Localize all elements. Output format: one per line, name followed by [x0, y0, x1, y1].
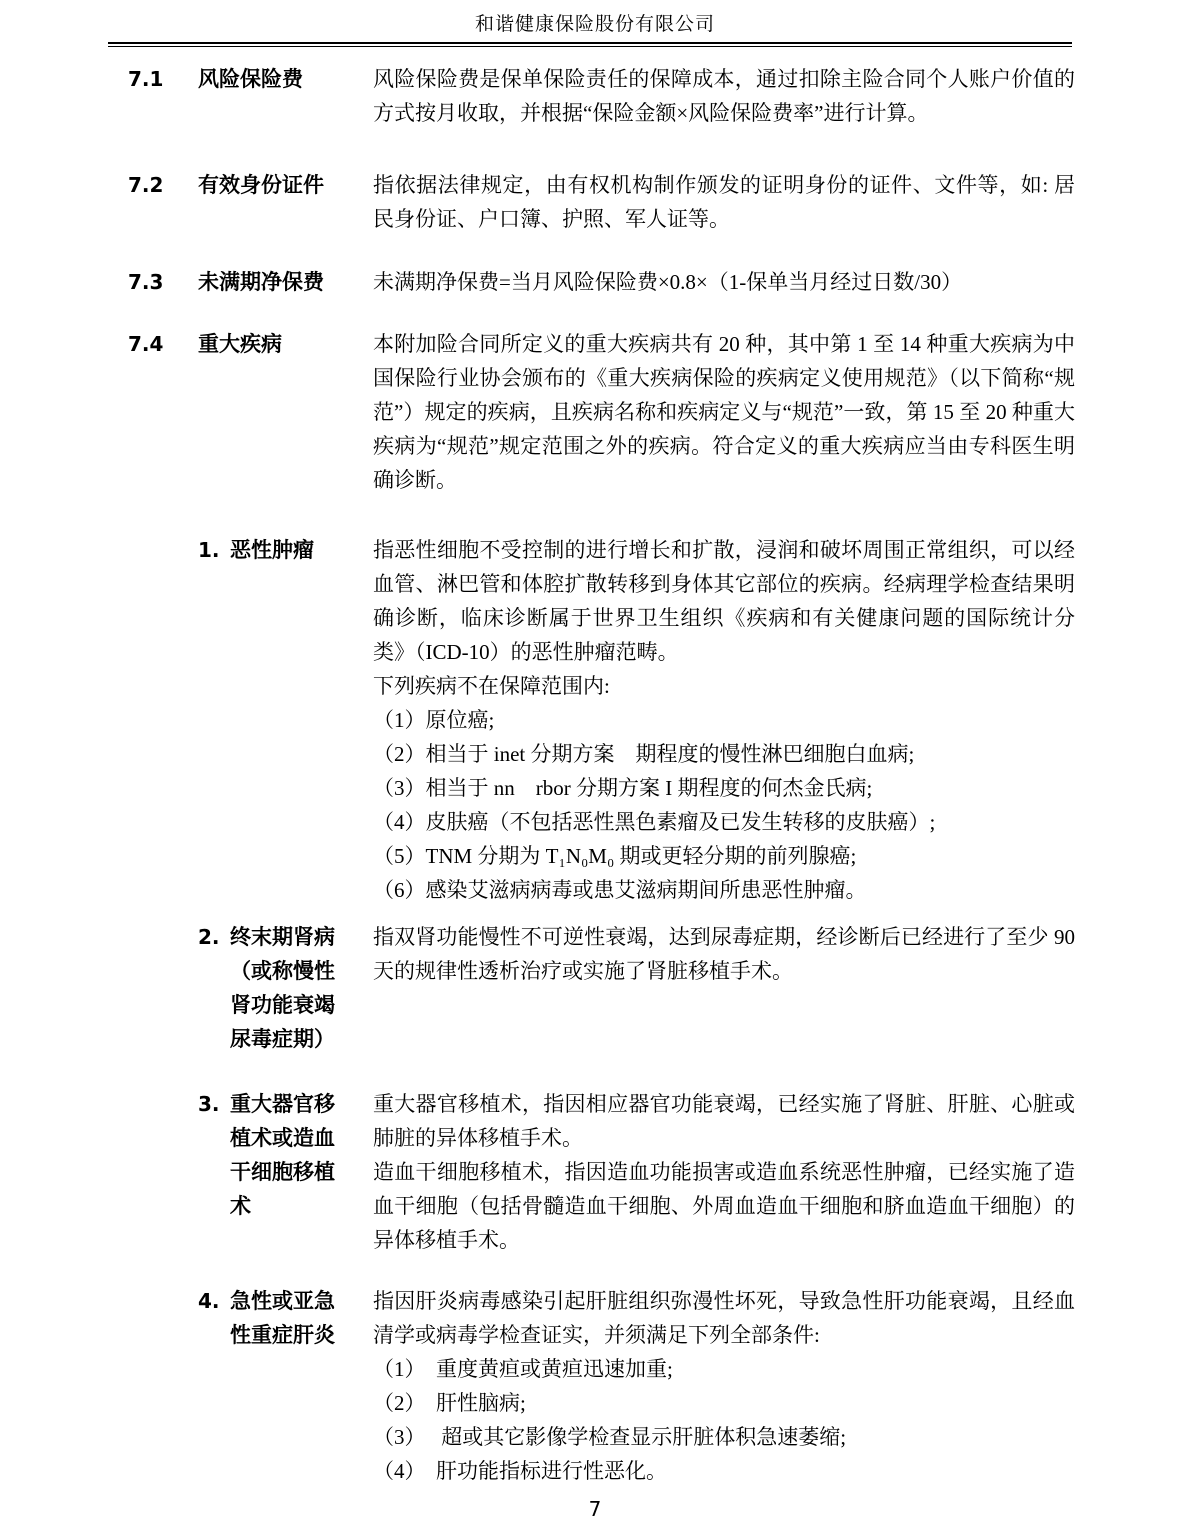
exclusion-list-item: （5）TNM 分期为 T₁N₀M₀ 期或更轻分期的前列腺癌;	[373, 839, 1075, 873]
section-term: 重大疾病	[198, 327, 373, 361]
definition-paragraph: 指因肝炎病毒感染引起肝脏组织弥漫性坏死，导致急性肝功能衰竭，且经血清学或病毒学检…	[373, 1284, 1075, 1352]
page-header: 和谐健康保险股份有限公司	[0, 0, 1190, 47]
condition-list-item: （1） 重度黄疸或黄疸迅速加重;	[373, 1352, 1075, 1386]
subsection-4-acute-severe-hepatitis: 4. 急性或亚急 性重症肝炎 指因肝炎病毒感染引起肝脏组织弥漫性坏死，导致急性肝…	[128, 1284, 1190, 1488]
subsection-3-major-organ-transplant: 3. 重大器官移 植术或造血 干细胞移植 术 重大器官移植术，指因相应器官功能衰…	[128, 1087, 1190, 1257]
definition-paragraph: 下列疾病不在保障范围内:	[373, 669, 1075, 703]
exclusion-list-item: （6）感染艾滋病病毒或患艾滋病期间所患恶性肿瘤。	[373, 873, 1075, 907]
subsection-definition: 指双肾功能慢性不可逆性衰竭，达到尿毒症期，经诊断后已经进行了至少 90 天的规律…	[373, 920, 1075, 988]
section-7-2: 7.2 有效身份证件 指依据法律规定，由有权机构制作颁发的证明身份的证件、文件等…	[128, 168, 1190, 236]
page-footer: 7	[0, 1497, 1190, 1521]
definition-paragraph: 指依据法律规定，由有权机构制作颁发的证明身份的证件、文件等，如: 居民身份证、户…	[373, 168, 1075, 236]
definition-paragraph: 指恶性细胞不受控制的进行增长和扩散，浸润和破坏周围正常组织，可以经血管、淋巴管和…	[373, 533, 1075, 669]
definition-paragraph: 重大器官移植术，指因相应器官功能衰竭，已经实施了肾脏、肝脏、心脏或肺脏的异体移植…	[373, 1087, 1075, 1155]
subsection-number: 1.	[198, 533, 230, 567]
subsection-term: 重大器官移 植术或造血 干细胞移植 术	[230, 1087, 373, 1223]
subsection-term: 急性或亚急 性重症肝炎	[230, 1284, 373, 1352]
exclusion-list-item: （3）相当于 nn rbor 分期方案 I 期程度的何杰金氏病;	[373, 771, 1075, 805]
definitions-content: 7.1 风险保险费 风险保险费是保单保险责任的保障成本，通过扣除主险合同个人账户…	[0, 62, 1190, 1488]
subsection-definition: 指因肝炎病毒感染引起肝脏组织弥漫性坏死，导致急性肝功能衰竭，且经血清学或病毒学检…	[373, 1284, 1075, 1488]
section-definition: 本附加险合同所定义的重大疾病共有 20 种，其中第 1 至 14 种重大疾病为中…	[373, 327, 1075, 497]
section-number: 7.4	[128, 327, 198, 361]
definition-paragraph: 风险保险费是保单保险责任的保障成本，通过扣除主险合同个人账户价值的方式按月收取，…	[373, 62, 1075, 130]
section-definition: 未满期净保费=当月风险保险费×0.8×（1-保单当月经过日数/30）	[373, 265, 1075, 299]
section-definition: 风险保险费是保单保险责任的保障成本，通过扣除主险合同个人账户价值的方式按月收取，…	[373, 62, 1075, 130]
section-term: 风险保险费	[198, 62, 373, 96]
subsection-number: 4.	[198, 1284, 230, 1318]
header-divider	[108, 42, 1072, 47]
subsection-2-end-stage-renal-disease: 2. 终末期肾病 （或称慢性 肾功能衰竭 尿毒症期） 指双肾功能慢性不可逆性衰竭…	[128, 920, 1190, 1056]
subsection-number: 2.	[198, 920, 230, 954]
section-definition: 指依据法律规定，由有权机构制作颁发的证明身份的证件、文件等，如: 居民身份证、户…	[373, 168, 1075, 236]
subsection-1-malignant-tumor: 1. 恶性肿瘤 指恶性细胞不受控制的进行增长和扩散，浸润和破坏周围正常组织，可以…	[128, 533, 1190, 907]
section-number: 7.3	[128, 265, 198, 299]
subsection-term: 恶性肿瘤	[230, 533, 373, 567]
section-number: 7.1	[128, 62, 198, 96]
exclusion-list-item: （1）原位癌;	[373, 703, 1075, 737]
subsection-term: 终末期肾病 （或称慢性 肾功能衰竭 尿毒症期）	[230, 920, 373, 1056]
section-term: 有效身份证件	[198, 168, 373, 202]
subsection-definition: 重大器官移植术，指因相应器官功能衰竭，已经实施了肾脏、肝脏、心脏或肺脏的异体移植…	[373, 1087, 1075, 1257]
exclusion-list-item: （2）相当于 inet 分期方案 期程度的慢性淋巴细胞白血病;	[373, 737, 1075, 771]
section-7-1: 7.1 风险保险费 风险保险费是保单保险责任的保障成本，通过扣除主险合同个人账户…	[128, 62, 1190, 130]
subsection-definition: 指恶性细胞不受控制的进行增长和扩散，浸润和破坏周围正常组织，可以经血管、淋巴管和…	[373, 533, 1075, 907]
exclusion-list-item: （4）皮肤癌（不包括恶性黑色素瘤及已发生转移的皮肤癌）;	[373, 805, 1075, 839]
section-term: 未满期净保费	[198, 265, 373, 299]
definition-paragraph: 指双肾功能慢性不可逆性衰竭，达到尿毒症期，经诊断后已经进行了至少 90 天的规律…	[373, 920, 1075, 988]
definition-paragraph: 本附加险合同所定义的重大疾病共有 20 种，其中第 1 至 14 种重大疾病为中…	[373, 327, 1075, 497]
condition-list-item: （2） 肝性脑病;	[373, 1386, 1075, 1420]
condition-list-item: （3） 超或其它影像学检查显示肝脏体积急速萎缩;	[373, 1420, 1075, 1454]
condition-list-item: （4） 肝功能指标进行性恶化。	[373, 1454, 1075, 1488]
section-7-3: 7.3 未满期净保费 未满期净保费=当月风险保险费×0.8×（1-保单当月经过日…	[128, 265, 1190, 299]
definition-formula: 未满期净保费=当月风险保险费×0.8×（1-保单当月经过日数/30）	[373, 265, 1075, 299]
definition-paragraph: 造血干细胞移植术，指因造血功能损害或造血系统恶性肿瘤，已经实施了造血干细胞（包括…	[373, 1155, 1075, 1257]
document-page: 和谐健康保险股份有限公司 7.1 风险保险费 风险保险费是保单保险责任的保障成本…	[0, 0, 1190, 1533]
company-name: 和谐健康保险股份有限公司	[0, 0, 1190, 38]
page-number: 7	[589, 1497, 602, 1521]
section-7-4: 7.4 重大疾病 本附加险合同所定义的重大疾病共有 20 种，其中第 1 至 1…	[128, 327, 1190, 497]
subsection-number: 3.	[198, 1087, 230, 1121]
section-number: 7.2	[128, 168, 198, 202]
